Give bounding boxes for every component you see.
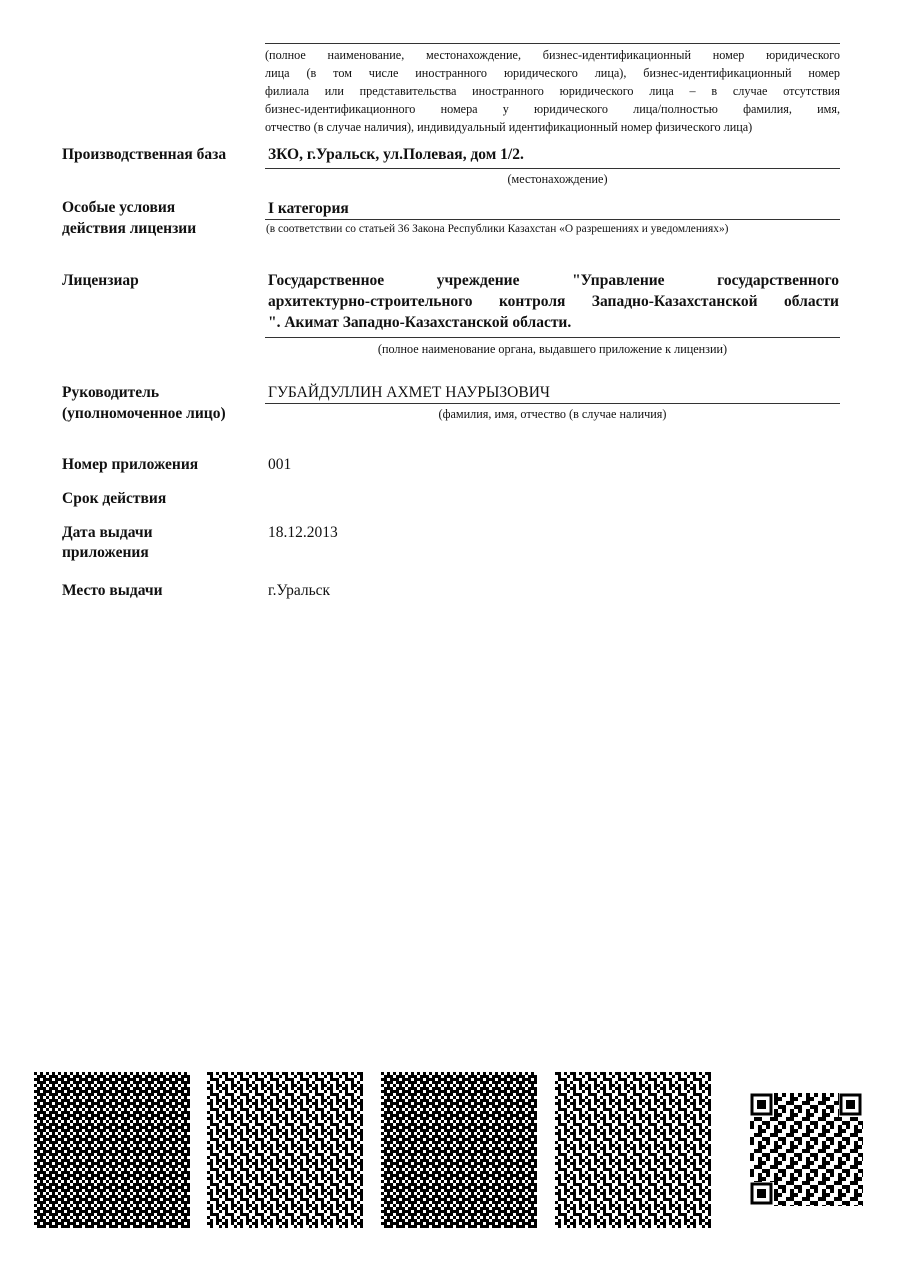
issue-place-value: г.Уральск <box>268 581 330 601</box>
rule <box>265 403 840 404</box>
note-line: бизнес-идентификационного номера у юриди… <box>265 100 840 118</box>
annex-number-value: 001 <box>268 455 291 475</box>
rule <box>265 219 840 220</box>
barcode-icon <box>207 1072 363 1228</box>
issue-place-label: Место выдачи <box>62 581 163 601</box>
note-line: отчество (в случае наличия), индивидуаль… <box>265 118 840 136</box>
barcode-icon <box>381 1072 537 1228</box>
production-base-value: ЗКО, г.Уральск, ул.Полевая, дом 1/2. <box>268 144 839 165</box>
issue-date-value: 18.12.2013 <box>268 523 338 543</box>
licensor-label: Лицензиар <box>62 271 139 291</box>
note-line: (полное наименование, местонахождение, б… <box>265 46 840 64</box>
note-line: лица (в том числе иностранного юридическ… <box>265 64 840 82</box>
licensor-hint: (полное наименование органа, выдавшего п… <box>265 341 840 357</box>
head-value: ГУБАЙДУЛЛИН АХМЕТ НАУРЫЗОВИЧ <box>268 382 839 403</box>
barcode-icon <box>34 1072 190 1228</box>
issue-date-label-1: Дата выдачи <box>62 523 153 543</box>
head-hint: (фамилия, имя, отчество (в случае наличи… <box>265 406 840 422</box>
licensor-value: Государственное учреждение "Управление г… <box>268 270 839 333</box>
qr-code-icon <box>750 1093 863 1206</box>
rule <box>265 168 840 169</box>
top-rule <box>265 43 840 44</box>
special-conditions-label-2: действия лицензии <box>62 219 196 239</box>
barcode-icon <box>555 1072 711 1228</box>
annex-number-label: Номер приложения <box>62 455 198 475</box>
issue-date-label-2: приложения <box>62 543 149 563</box>
validity-label: Срок действия <box>62 489 166 509</box>
special-conditions-value: I категория <box>268 198 839 219</box>
licensor-line: Государственное учреждение "Управление г… <box>268 270 839 291</box>
special-conditions-label-1: Особые условия <box>62 198 175 218</box>
licensor-line: ". Акимат Западно-Казахстанской области. <box>268 312 839 333</box>
head-label-1: Руководитель <box>62 383 159 403</box>
production-base-label: Производственная база <box>62 145 226 165</box>
note-line: филиала или представительства иностранно… <box>265 82 840 100</box>
licensor-line: архитектурно-строительного контроля Запа… <box>268 291 839 312</box>
rule <box>265 337 840 338</box>
special-conditions-hint: (в соответствии со статьей 36 Закона Рес… <box>266 221 841 237</box>
holder-description-note: (полное наименование, местонахождение, б… <box>265 46 840 136</box>
head-label-2: (уполномоченное лицо) <box>62 404 226 424</box>
production-base-hint: (местонахождение) <box>270 171 845 187</box>
